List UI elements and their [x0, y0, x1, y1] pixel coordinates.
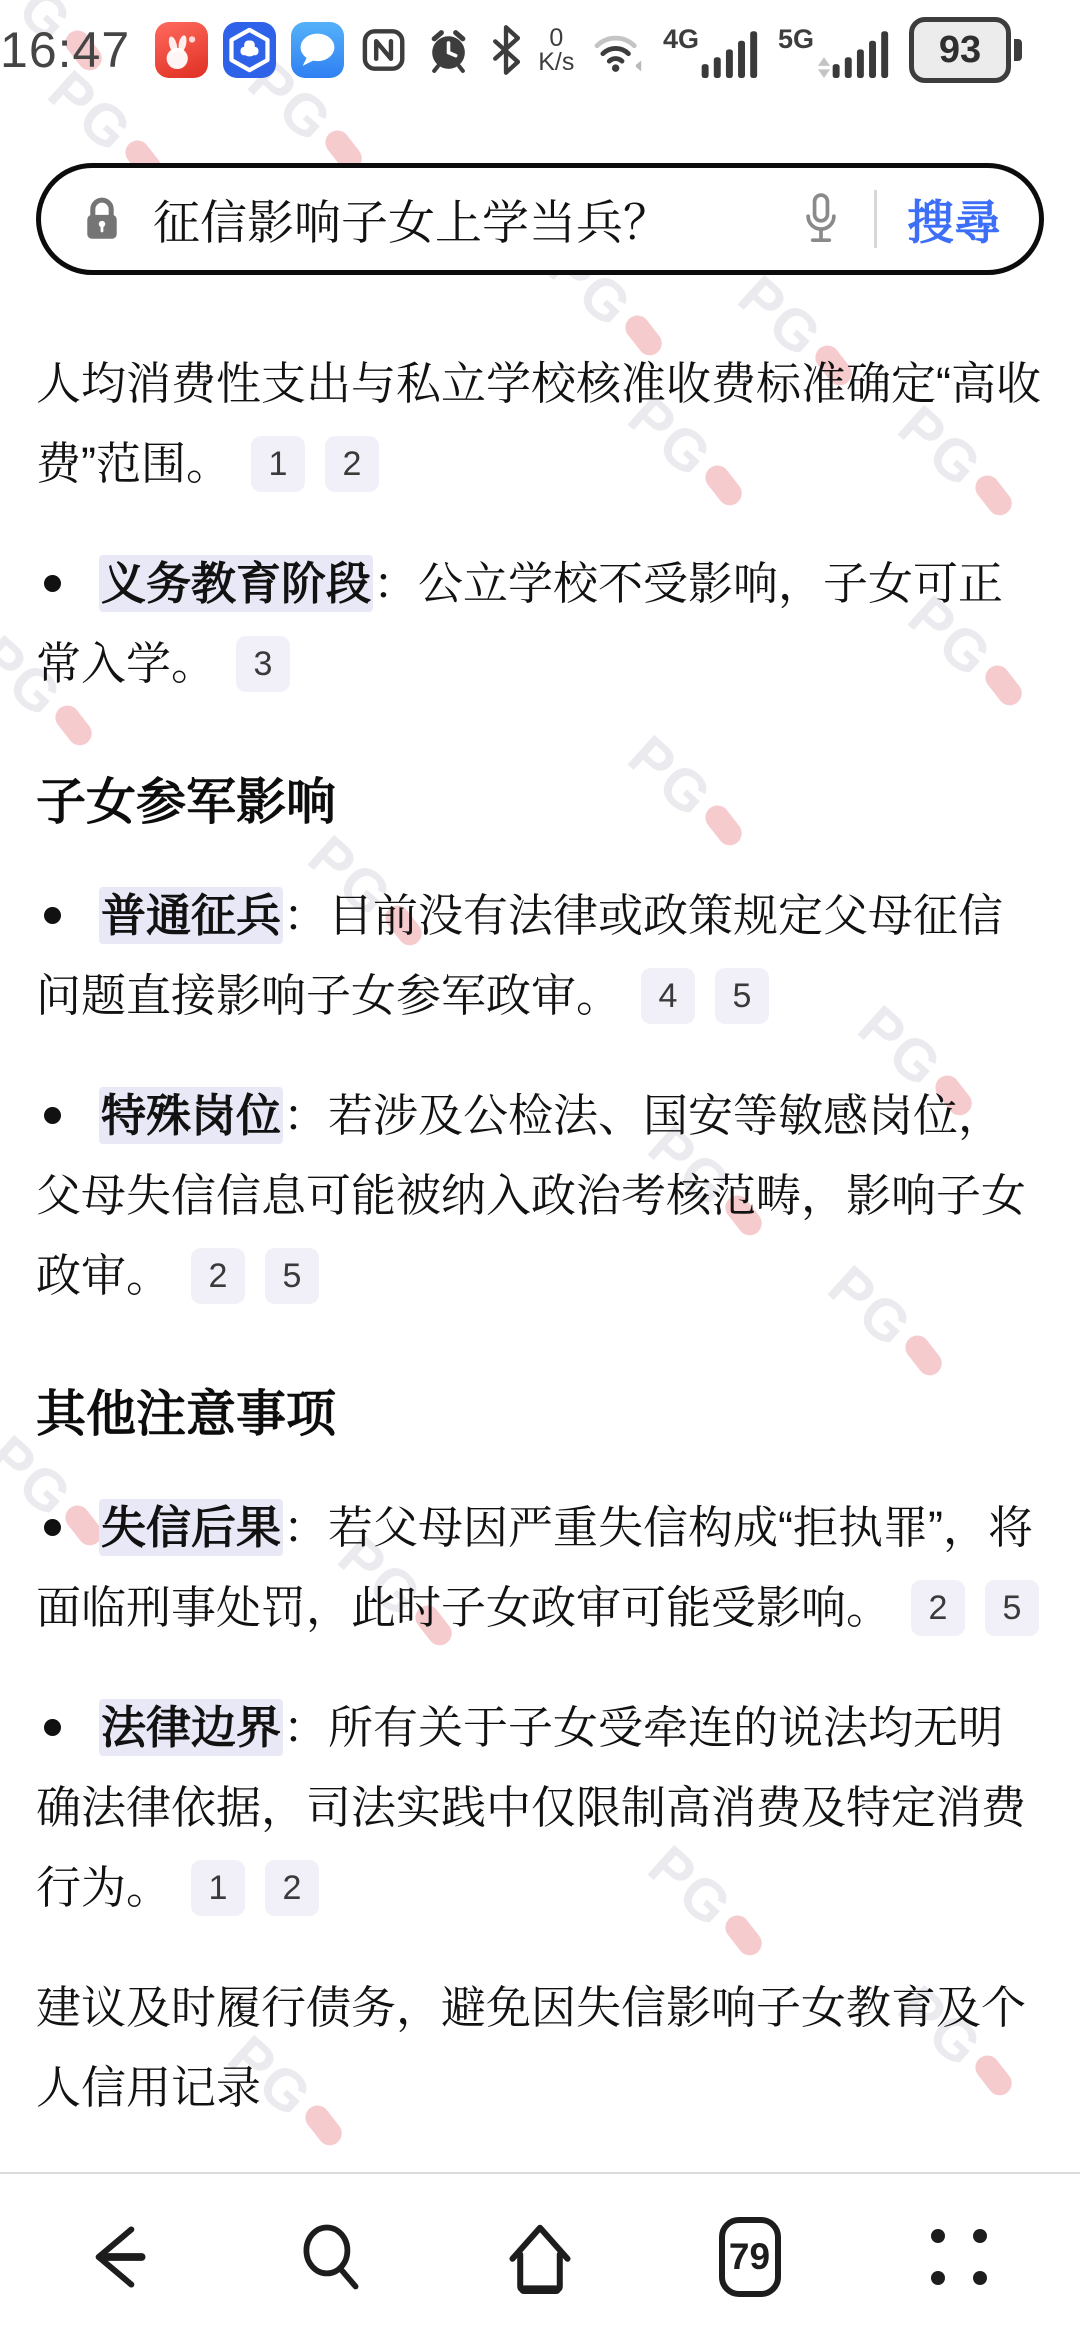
home-button[interactable]: [485, 2202, 595, 2312]
citation-badge[interactable]: 4: [641, 968, 695, 1024]
term-education: 义务教育阶段: [99, 555, 373, 612]
bottom-navigation-bar: 79: [0, 2172, 1080, 2340]
chat-bubble-icon: [291, 22, 344, 78]
home-icon: [497, 2214, 583, 2300]
term-conscription: 普通征兵: [99, 887, 283, 944]
tab-count: 79: [729, 2236, 770, 2278]
term-legal-boundary: 法律边界: [99, 1699, 283, 1756]
citation-badge[interactable]: 1: [191, 1860, 245, 1916]
term-special-posts: 特殊岗位: [99, 1087, 283, 1144]
alarm-clock-icon: [423, 23, 474, 77]
signal-4g: 4G: [663, 22, 763, 78]
signal-5g-bars-icon: [832, 26, 894, 78]
citation-badge[interactable]: 1: [251, 436, 305, 492]
battery-percent: 93: [939, 29, 981, 72]
search-query-text[interactable]: 征信影响子女上学当兵？: [153, 186, 798, 253]
hand-hexagon-icon: [223, 22, 276, 78]
citation-badge[interactable]: 5: [265, 1248, 319, 1304]
term-consequence: 失信后果: [99, 1499, 283, 1556]
back-arrow-icon: [78, 2214, 164, 2300]
search-button[interactable]: 搜尋: [907, 186, 1001, 253]
heading-military: 子女参军影响: [36, 770, 1048, 834]
battery-indicator: 93: [909, 17, 1022, 83]
bullet-education: 义务教育阶段：公立学校不受影响，子女可正常入学。3: [36, 544, 1048, 704]
wifi-icon: [589, 22, 648, 78]
bullet-consequence: 失信后果：若父母因严重失信构成“拒执罪”，将面临刑事处罚，此时子女政审可能受影响…: [36, 1488, 1048, 1648]
battery-body: 93: [909, 17, 1011, 83]
lock-icon: [79, 193, 125, 245]
menu-dots-icon: [931, 2229, 987, 2285]
notification-app-icon-red: [155, 22, 208, 78]
heading-other-notes: 其他注意事项: [36, 1382, 1048, 1446]
citation-badge[interactable]: 2: [911, 1580, 965, 1636]
paragraph-advice: 建议及时履行债务，避免因失信影响子女教育及个人信用记录: [36, 1968, 1048, 2128]
citation-badge[interactable]: 5: [715, 968, 769, 1024]
bullet-legal-boundary: 法律边界：所有关于子女受牵连的说法均无明确法律依据，司法实践中仅限制高消费及特定…: [36, 1688, 1048, 1928]
citation-badge[interactable]: 2: [265, 1860, 319, 1916]
network-speed-unit: K/s: [538, 50, 574, 74]
search-nav-button[interactable]: [276, 2202, 386, 2312]
citation-badge[interactable]: 2: [325, 436, 379, 492]
menu-button[interactable]: [904, 2202, 1014, 2312]
nfc-icon: [359, 24, 408, 76]
status-time: 16:47: [0, 21, 130, 79]
notification-app-icon-hand: [223, 22, 276, 78]
citation-badge[interactable]: 2: [191, 1248, 245, 1304]
search-bar[interactable]: 征信影响子女上学当兵？ 搜尋: [36, 163, 1044, 275]
bluetooth-icon: [489, 23, 523, 77]
signal-5g-label: 5G: [778, 24, 814, 55]
signal-5g: 5G: [778, 22, 894, 78]
citation-badge[interactable]: 3: [236, 636, 290, 692]
phone-screen: PGPGPGPGPGPGPGPGPGPGPGPGPGPGPGPGPGPGPG 1…: [0, 0, 1080, 2340]
microphone-icon[interactable]: [798, 190, 844, 248]
search-answer-content: 人均消费性支出与私立学校核准收费标准确定“高收费”范围。12 义务教育阶段：公立…: [36, 300, 1048, 2174]
data-activity-arrows-icon: [816, 26, 832, 78]
red-app-mascot-icon: [155, 22, 208, 78]
signal-4g-label: 4G: [663, 24, 699, 55]
network-speed: 0 K/s: [538, 26, 574, 74]
tab-count-badge: 79: [719, 2217, 781, 2297]
signal-4g-bars-icon: [701, 26, 763, 78]
battery-nub: [1014, 39, 1022, 61]
bullet-dot: [44, 907, 61, 924]
search-divider: [874, 190, 877, 248]
bullet-dot: [44, 1519, 61, 1536]
paragraph-intro: 人均消费性支出与私立学校核准收费标准确定“高收费”范围。12: [36, 344, 1048, 504]
notification-app-icon-messages: [291, 22, 344, 78]
bullet-special-posts: 特殊岗位：若涉及公检法、国安等敏感岗位，父母失信信息可能被纳入政治考核范畴，影响…: [36, 1076, 1048, 1316]
bullet-dot: [44, 575, 61, 592]
status-bar: 16:47: [0, 0, 1080, 100]
magnifier-icon: [290, 2216, 372, 2298]
intro-text: 人均消费性支出与私立学校核准收费标准确定“高收费”范围。: [36, 358, 1041, 489]
tabs-button[interactable]: 79: [695, 2202, 805, 2312]
bullet-dot: [44, 1719, 61, 1736]
bullet-dot: [44, 1107, 61, 1124]
network-speed-value: 0: [549, 26, 563, 50]
back-button[interactable]: [66, 2202, 176, 2312]
bullet-conscription: 普通征兵：目前没有法律或政策规定父母征信问题直接影响子女参军政审。45: [36, 876, 1048, 1036]
citation-badge[interactable]: 5: [985, 1580, 1039, 1636]
